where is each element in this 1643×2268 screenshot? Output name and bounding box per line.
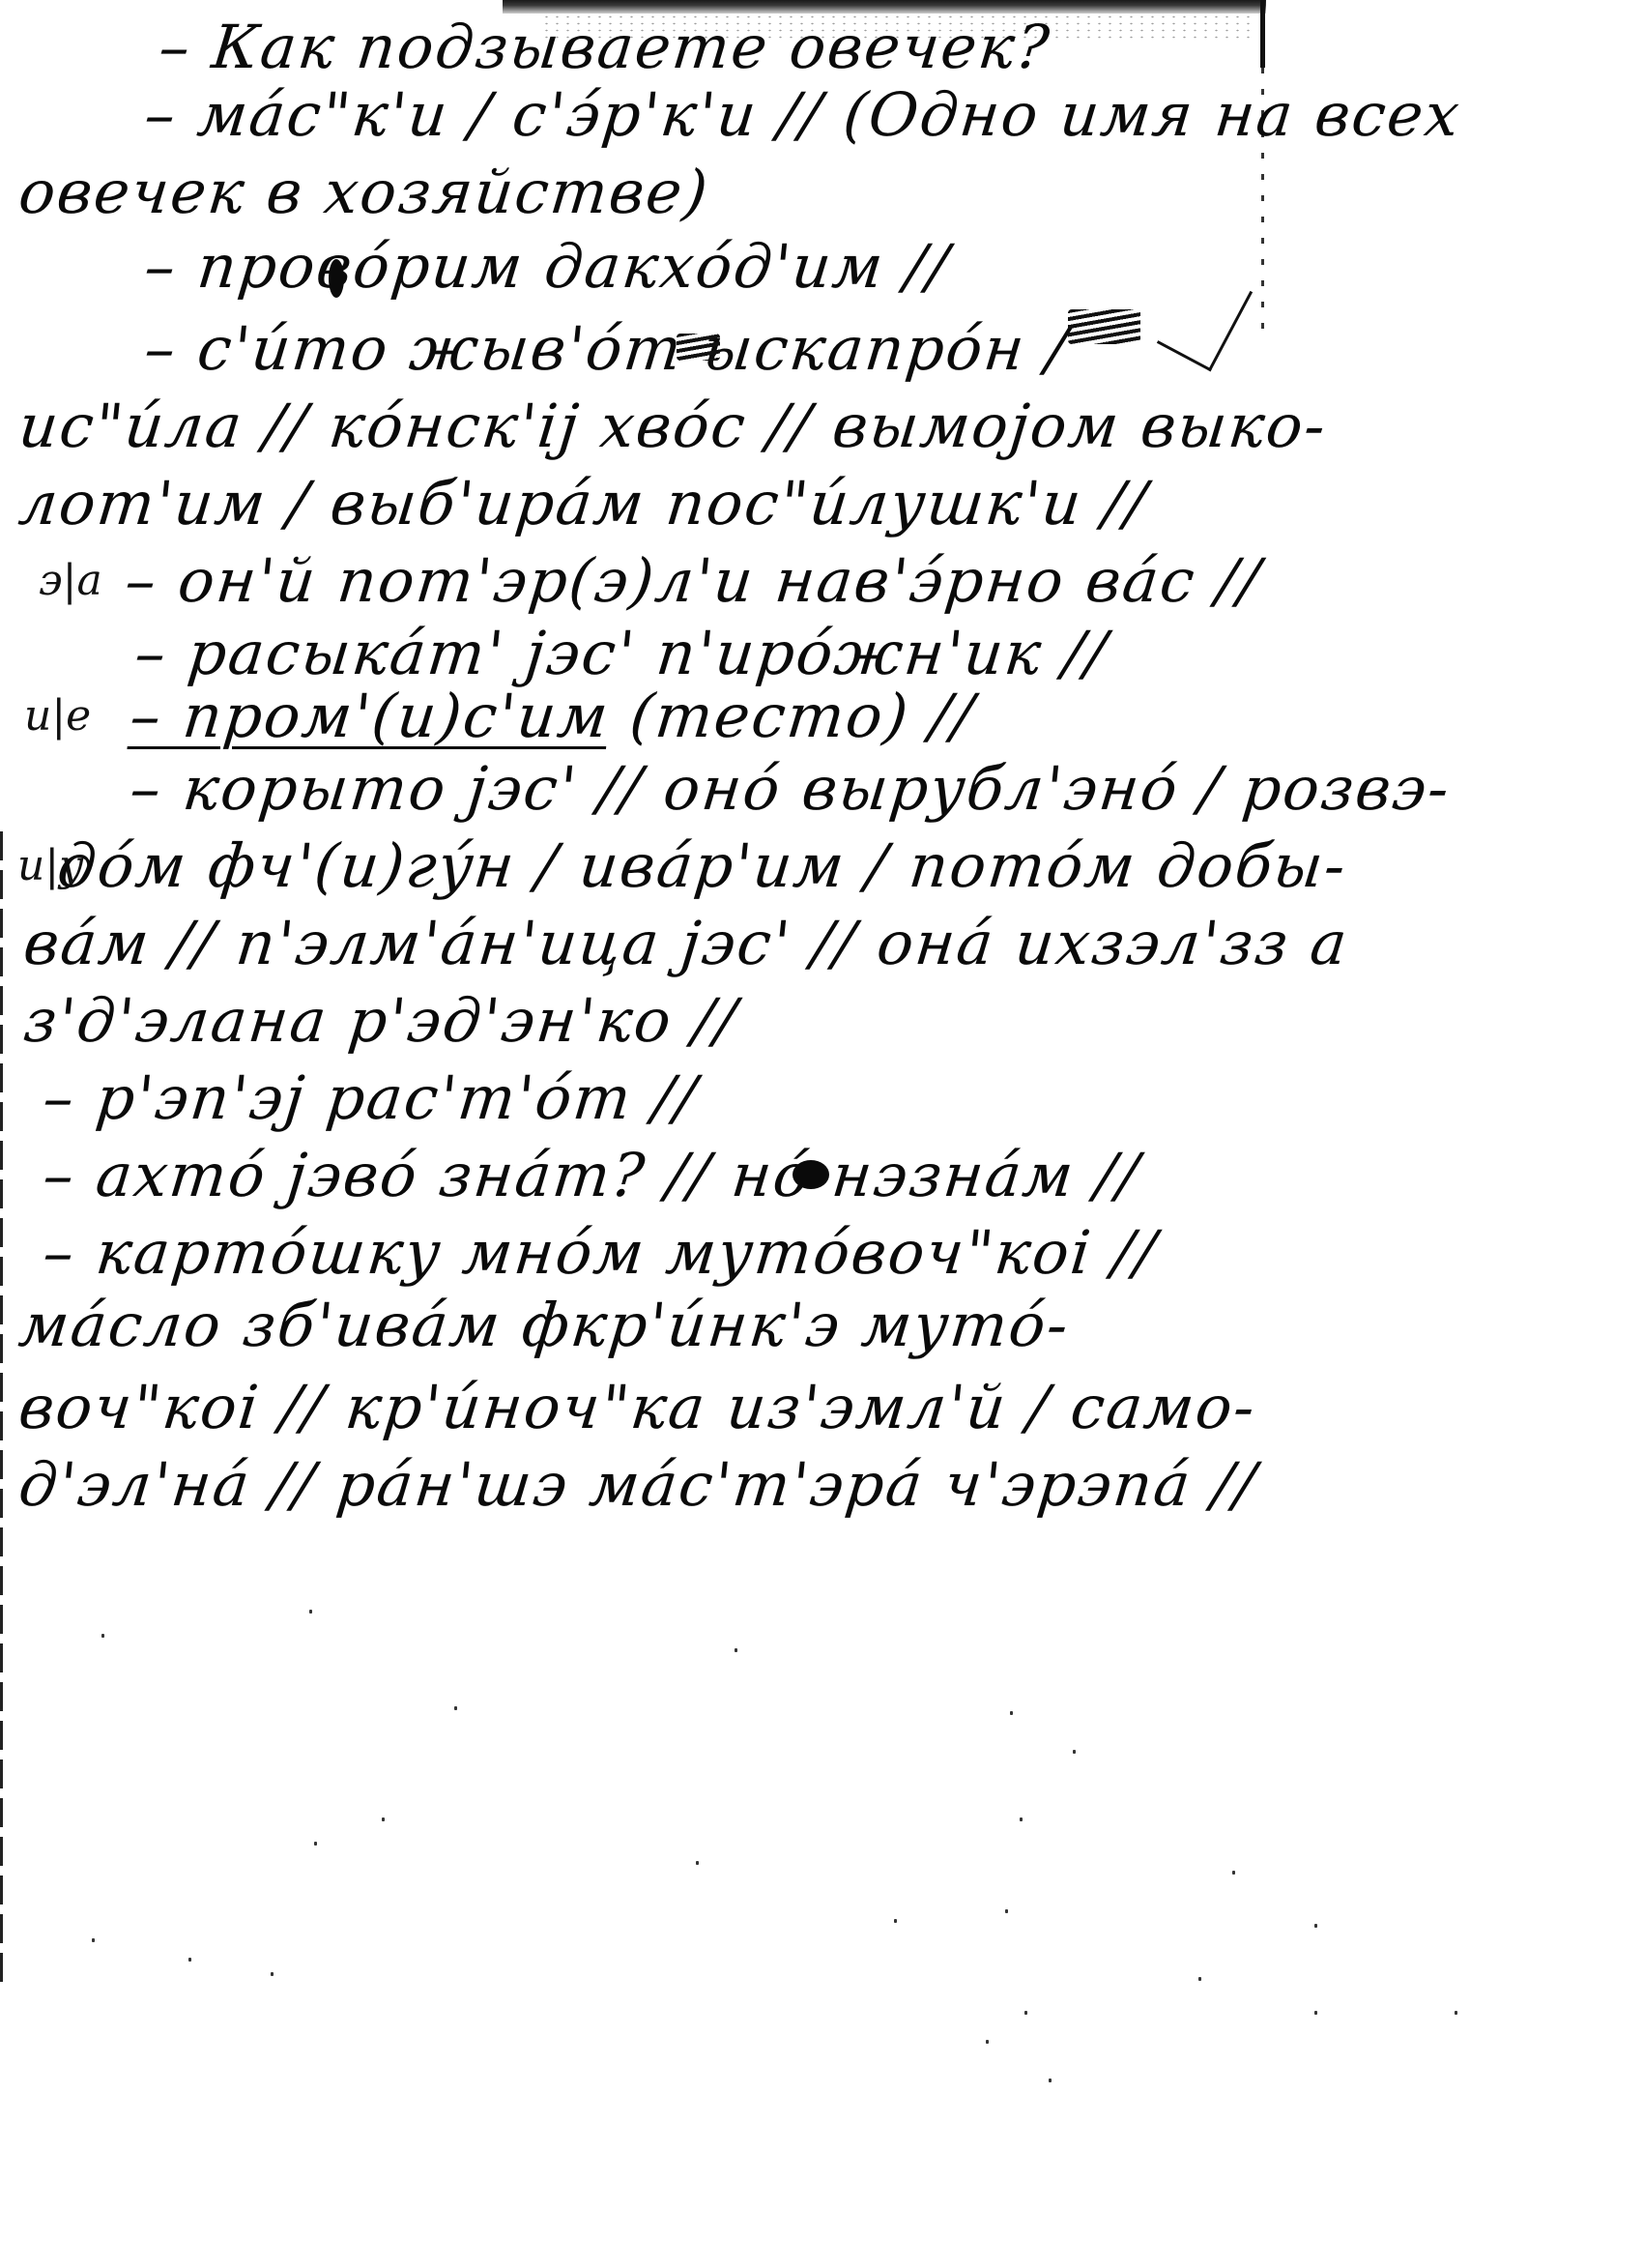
page-left-edge [0,831,3,1992]
text-line: – с'úто жыв'óт ыскапрóн / [142,319,1072,379]
text-line: – корыто jэс' // онó вырубл'энó / розвэ- [128,759,1454,819]
scan-speck [314,1842,317,1846]
text-line: дóм фч'(и)гýн / ивáр'им / потóм добы- [55,836,1350,896]
text-line: д'эл'нá // рáн'шэ ма́с'т'эрá ч'эрэпá // [16,1455,1260,1515]
scan-speck [1024,2011,1027,2015]
text-line: – провóрим дакхóд'им // [142,237,953,297]
text-line: з'д'элана р'эд'эн'ко // [21,991,741,1051]
text-line: ис"úла // кóнск'ij хвóс // вымоjом выко- [16,396,1330,456]
text-line: вáм // п'элм'áн'ица jэс' // онá ихзэл'зз… [21,914,1352,974]
scan-speck [986,2040,989,2044]
scan-speck [1198,1977,1201,1981]
scan-speck [101,1634,104,1638]
underlined-word: – пром'(и)с'им [127,681,613,751]
checkmark-icon [1157,264,1253,372]
scan-speck [894,1919,897,1923]
text-line: – ахтó jэвó знáт? // нó нэзнáм // [41,1146,1143,1206]
text-line: – картóшку мнóм мутóвоч"коi // [41,1223,1161,1283]
scan-speck [271,1972,274,1976]
scan-speck [1455,2011,1457,2015]
page-right-edge [1260,0,1265,68]
scan-speck [1049,2079,1052,2082]
scan-speck [382,1817,385,1821]
margin-note: э|а [39,556,102,605]
text-line: – он'й пот'эр(э)л'и нав'э́рно вáс // [123,551,1264,611]
text-line: мáсло зб'ивáм фкр'úнк'э мутó- [16,1295,1073,1355]
ink-blot [329,259,344,298]
scan-speck [92,1938,95,1942]
scan-speck [188,1958,191,1962]
text-line: – мáс"к'и / с'э́р'к'и // (Одно имя на вс… [142,85,1464,145]
scan-speck [1314,2011,1317,2015]
scan-speck [1010,1711,1013,1715]
text-line: – расыкáт' jэс' п'ирóжн'ик // [132,624,1111,683]
margin-note: и|е [24,691,91,741]
ink-blot [793,1160,829,1189]
scan-speck [309,1610,312,1614]
scan-speck [454,1706,457,1710]
crossed-out-word [1068,309,1140,344]
crossed-out-word [677,334,720,361]
question-line: – Как подзываете овечек? [157,17,1053,77]
scan-speck [696,1861,699,1865]
text-line: лот'им / выб'ирáм пос"úлушк'и // [16,474,1151,534]
text-line: воч"коi // кр'úноч"ка из'эмл'й / само- [16,1378,1259,1438]
annotation: (тесто) // [626,681,978,751]
scan-speck [1232,1871,1235,1875]
scan-speck [1073,1750,1076,1754]
text-line: овечек в хозяйстве) [16,162,712,222]
scan-speck [1020,1817,1023,1821]
scanned-page: – Как подзываете овечек? – мáс"к'и / с'э… [0,0,1643,2268]
scan-speck [1005,1909,1008,1913]
scan-speck [1314,1924,1317,1928]
text-line: – р'эп'эj рас'т'óт // [41,1068,701,1128]
scan-speck [735,1648,737,1652]
